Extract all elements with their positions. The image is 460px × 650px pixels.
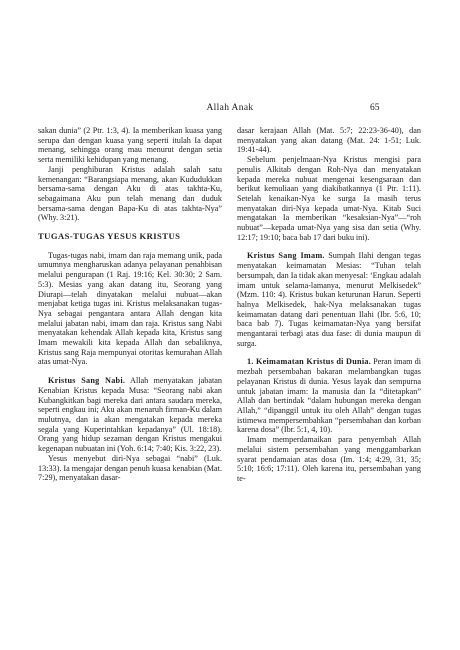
paragraph: Tugas-tugas nabi, imam dan raja memang u… — [38, 251, 222, 367]
paragraph: sakan dunia” (2 Ptr. 1:3, 4). Ia memberi… — [38, 126, 222, 165]
paragraph-text: Peran imam di mezbah persembahan bakaran… — [237, 357, 421, 434]
run-in-heading: Kristus Sang Nabi. — [48, 376, 125, 385]
paragraph: Sebelum penjelmaan-Nya Kristus mengisi p… — [237, 155, 421, 242]
paragraph: 1. Keimamatan Kristus di Dunia. Peran im… — [237, 357, 421, 435]
paragraph: Yesus menyebut diri-Nya sebagai “nabi” (… — [38, 454, 222, 483]
paragraph-text: Sumpah Ilahi dengan tegas menyatakan kei… — [237, 251, 421, 347]
running-head-title: Allah Anak — [0, 103, 460, 113]
paragraph: Imam memperdamaikan para penyembah Allah… — [237, 435, 421, 484]
run-in-heading: Kristus Sang Imam. — [247, 251, 325, 260]
run-in-heading: 1. Keimamatan Kristus di Dunia. — [247, 357, 371, 366]
section-heading: TUGAS-TUGAS YESUS KRISTUS — [38, 232, 222, 242]
paragraph-text: Allah menyatakan jabatan Kenabian Kristu… — [38, 376, 222, 453]
book-page: Allah Anak 65 sakan dunia” (2 Ptr. 1:3, … — [0, 0, 460, 650]
paragraph: Janji penghiburan Kristus adalah salah s… — [38, 165, 222, 223]
paragraph: Kristus Sang Nabi. Allah menyatakan jaba… — [38, 376, 222, 454]
paragraph: Kristus Sang Imam. Sumpah Ilahi dengan t… — [237, 251, 421, 348]
page-number: 65 — [370, 103, 380, 113]
column-right: dasar kerajaan Allah (Mat. 5:7; 22:23-36… — [237, 126, 421, 484]
column-left: sakan dunia” (2 Ptr. 1:3, 4). Ia memberi… — [38, 126, 222, 483]
paragraph: dasar kerajaan Allah (Mat. 5:7; 22:23-36… — [237, 126, 421, 155]
